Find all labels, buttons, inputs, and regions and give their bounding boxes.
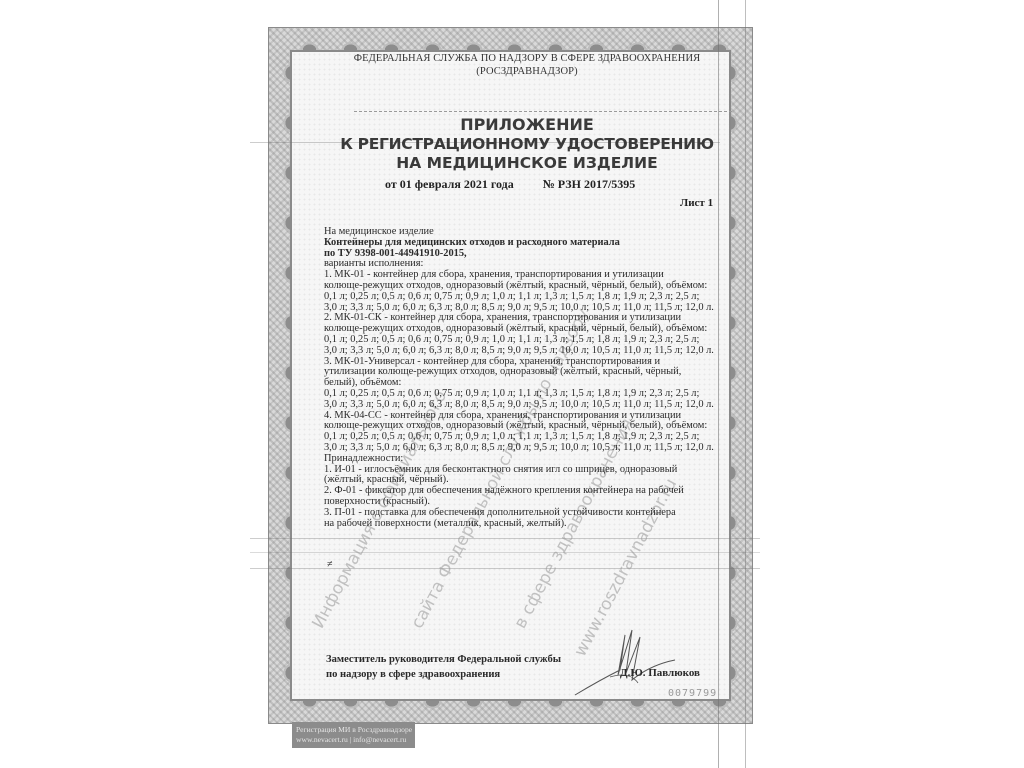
sheet-number: Лист 1 [680,197,713,209]
variant-item-line: 3,0 л; 3,3 л; 5,0 л; 6,0 л; 6,3 л; 8,0 л… [324,346,734,357]
header-divider [354,111,732,112]
agency-name: ФЕДЕРАЛЬНАЯ СЛУЖБА ПО НАДЗОРУ В СФЕРЕ ЗД… [30,52,1024,65]
variant-item-line: 3,0 л; 3,3 л; 5,0 л; 6,0 л; 6,3 л; 8,0 л… [324,400,734,411]
variant-item: 1. МК-01 - контейнер для сбора, хранения… [324,270,734,313]
stamp-contacts: www.nevacert.ru | info@nevacert.ru [296,735,411,745]
agency-abbrev: (РОСЗДРАВНАДЗОР) [30,65,1024,78]
form-serial-number: 0079799 [668,688,717,699]
registration-date: от 01 февраля 2021 года [385,177,514,191]
signature-scribble [570,625,680,700]
accessory-item: 3. П-01 - подставка для обеспечения допо… [324,508,734,530]
registration-stamp: Регистрация МИ в Росздравнадзоре www.nev… [292,722,415,748]
signatory-title: Заместитель руководителя Федеральной слу… [326,652,561,667]
variant-item-line: 0,1 л; 0,25 л; 0,5 л; 0,6 л; 0,75 л; 0,9… [324,292,734,303]
doc-subtitle: К РЕГИСТРАЦИОННОМУ УДОСТОВЕРЕНИЮ [30,135,1024,153]
issuing-agency: ФЕДЕРАЛЬНАЯ СЛУЖБА ПО НАДЗОРУ В СФЕРЕ ЗД… [0,52,1024,78]
registration-number: № РЗН 2017/5395 [543,177,636,191]
registration-line: от 01 февраля 2021 года № РЗН 2017/5395 [385,177,635,192]
variants-list: 1. МК-01 - контейнер для сбора, хранения… [324,270,734,454]
end-mark: ≠ [327,559,333,570]
accessory-item-line: на рабочей поверхности (металлик, красны… [324,519,734,530]
document-body: На медицинское изделие Контейнеры для ме… [324,227,734,529]
stamp-title: Регистрация МИ в Росздравнадзоре [296,725,411,735]
document-content: ФЕДЕРАЛЬНАЯ СЛУЖБА ПО НАДЗОРУ В СФЕРЕ ЗД… [0,0,1024,768]
signatory-position: Заместитель руководителя Федеральной слу… [326,652,561,682]
signatory-department: по надзору в сфере здравоохранения [326,667,561,682]
variant-item: 2. МК-01-СК - контейнер для сбора, хране… [324,313,734,356]
doc-subtitle-2: НА МЕДИЦИНСКОЕ ИЗДЕЛИЕ [30,154,1024,172]
doc-title: ПРИЛОЖЕНИЕ [30,115,1024,134]
accessories-label: Принадлежности: [324,454,734,465]
variant-item: 4. МК-04-СС - контейнер для сбора, хране… [324,411,734,454]
accessory-item: 1. И-01 - иглосъёмник для бесконтактного… [324,465,734,487]
accessory-item-line: 3. П-01 - подставка для обеспечения допо… [324,508,734,519]
product-name: Контейнеры для медицинских отходов и рас… [324,238,734,249]
accessories-list: 1. И-01 - иглосъёмник для бесконтактного… [324,465,734,530]
accessory-item: 2. Ф-01 - фиксатор для обеспечения надёж… [324,486,734,508]
signatory-name: Д.Ю. Павлюков [620,667,700,679]
variant-item: 3. МК-01-Универсал - контейнер для сбора… [324,357,734,411]
